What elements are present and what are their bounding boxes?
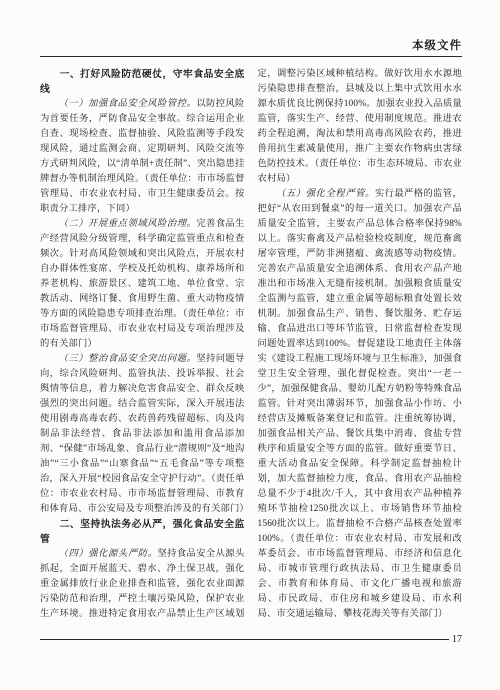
paragraph-2: （二）开展重点领域风险治理。完善食品生产经营风险分级管理，科学确定监管重点和检查…	[40, 217, 245, 352]
footer-rule	[40, 639, 449, 640]
paragraph-5-lead: （五）强化全程严管。	[276, 189, 375, 199]
header-label: 本级文件	[412, 40, 462, 52]
paragraph-1-lead: （一）加强食品安全风险管控。	[59, 99, 197, 109]
document-page: 本级文件 一、打好风险防范硬仗，守牢食品安全底线 （一）加强食品安全风险管控。以…	[0, 0, 500, 690]
paragraph-3-lead: （三）整治食品安全突出问题。	[59, 354, 197, 364]
page-header: 本级文件	[40, 36, 462, 57]
section-heading-2: 二、坚持执法务必从严，强化食品安全监管	[40, 517, 245, 547]
paragraph-1: （一）加强食品安全风险管控。以防控风险为首要任务，严防食品安全事故。综合运用企业…	[40, 97, 245, 217]
paragraph-5: （五）强化全程严管。实行最严格的监管，把好“从农田到餐桌”的每一道关口。加强农产…	[258, 187, 463, 622]
paragraph-3: （三）整治食品安全突出问题。坚持问题导向，综合风险研判、监管执法、投诉举报、社会…	[40, 352, 245, 517]
document-body: 一、打好风险防范硬仗，守牢食品安全底线 （一）加强食品安全风险管控。以防控风险为…	[40, 67, 462, 636]
paragraph-2-lead: （二）开展重点领域风险治理。	[59, 219, 197, 229]
paragraph-3-text: 坚持问题导向，综合风险研判、监管执法、投诉举报、社会舆情等信息，着力解决危害食品…	[40, 354, 249, 514]
page-footer: 17	[40, 632, 462, 646]
paragraph-4-lead: （四）强化源头严防。	[59, 549, 158, 559]
paragraph-1-text: 以防控风险为首要任务，严防食品安全事故。综合运用企业自查、现场检查、监督抽验、风…	[40, 99, 245, 214]
paragraph-2-text: 完善食品生产经营风险分级管理，科学确定监管重点和检查频次。针对高风险领域和突出风…	[40, 219, 245, 349]
paragraph-5-text: 实行最严格的监管，把好“从农田到餐桌”的每一道关口。加强农产品质量安全监管，主要…	[258, 189, 463, 619]
section-heading-1: 一、打好风险防范硬仗，守牢食品安全底线	[40, 67, 245, 97]
page-number: 17	[452, 634, 462, 645]
